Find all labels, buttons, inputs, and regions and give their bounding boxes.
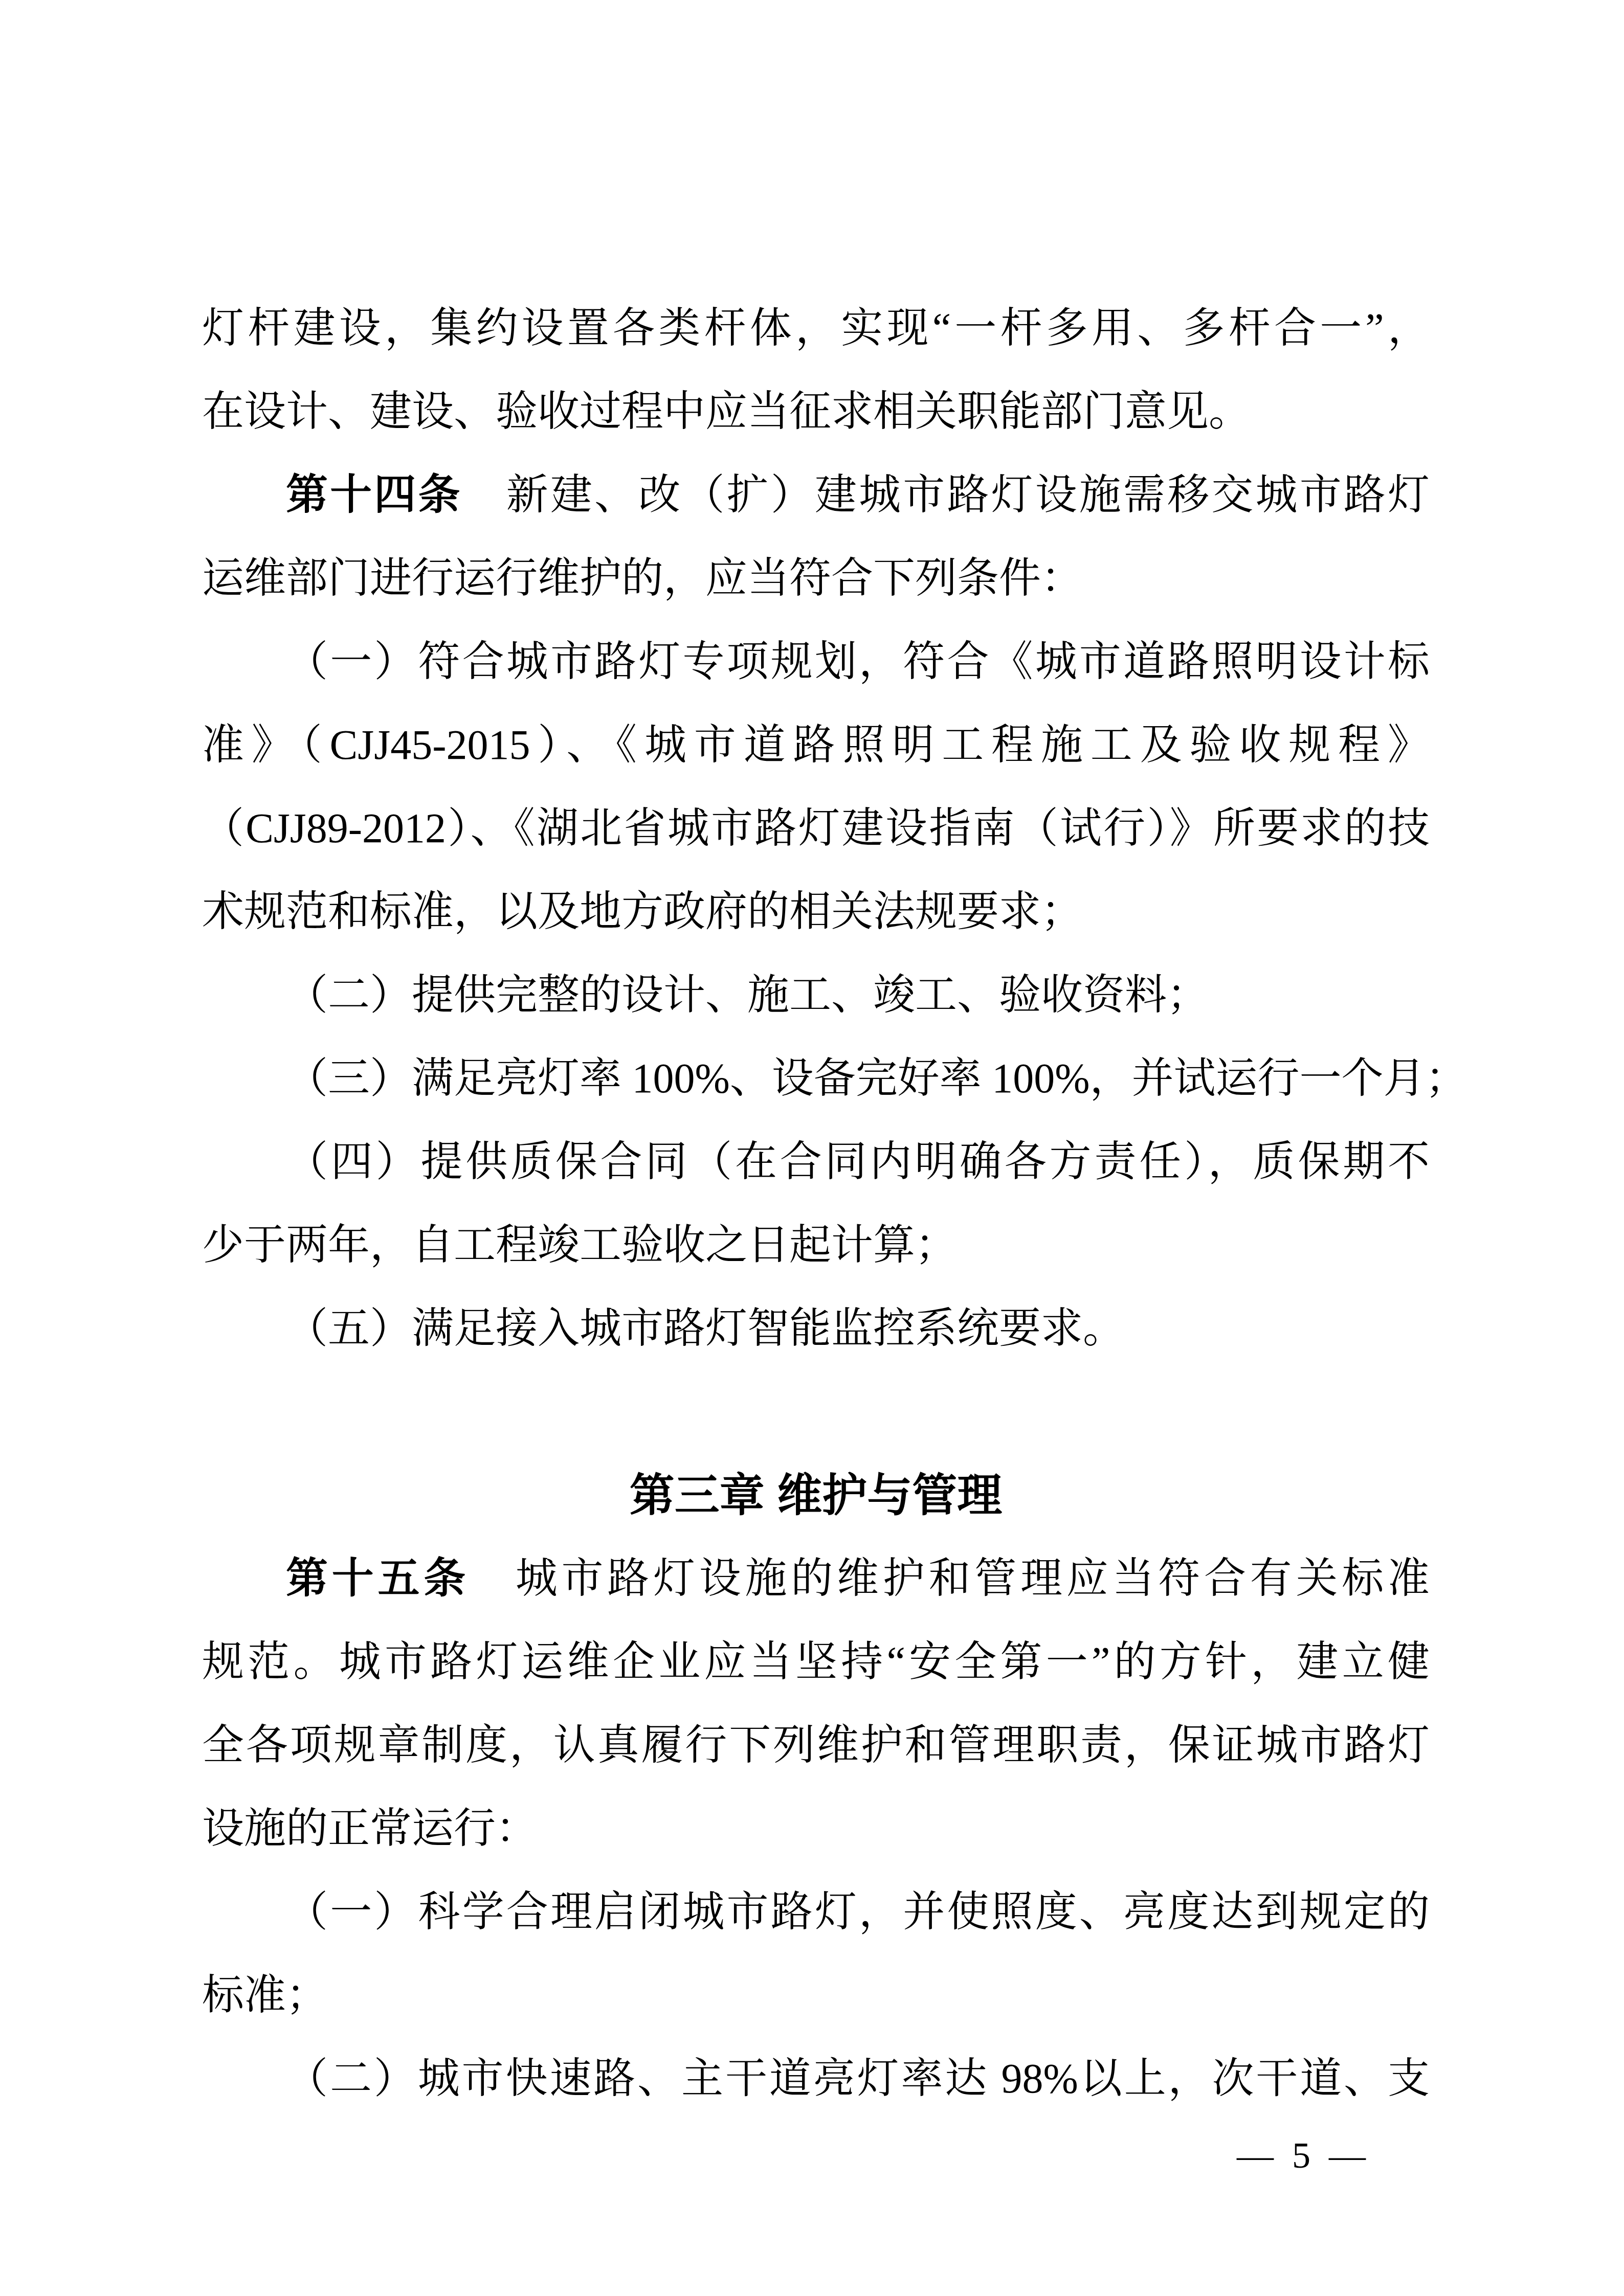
article-15-text: 城市路灯设施的维护和管理应当符合有关标准 [470,1555,1430,1602]
article-15-line: 第十五条 城市路灯设施的维护和管理应当符合有关标准 [202,1537,1430,1620]
article-14-line: 第十四条 新建、改（扩）建城市路灯设施需移交城市路灯 [202,453,1430,536]
body-line: 灯杆建设，集约设置各类杆体，实现“一杆多用、多杆合一”， [202,286,1430,370]
document-page: 灯杆建设，集约设置各类杆体，实现“一杆多用、多杆合一”， 在设计、建设、验收过程… [0,0,1624,2296]
item-3-line: （三）满足亮灯率 100%、设备完好率 100%，并试运行一个月； [202,1037,1430,1120]
item-5-line: （五）满足接入城市路灯智能监控系统要求。 [202,1287,1430,1370]
item-1-line: （CJJ89-2012）、《湖北省城市路灯建设指南（试行）》所要求的技 [202,786,1430,870]
article-14-label: 第十四条 [286,471,462,518]
item-1-line: 准》（CJJ45-2015）、《城市道路照明工程施工及验收规程》 [202,703,1430,786]
body-line: 设施的正常运行： [202,1787,1430,1870]
item-4-line: 少于两年，自工程竣工验收之日起计算； [202,1203,1430,1287]
item-4-line: （四）提供质保合同（在合同内明确各方责任），质保期不 [202,1120,1430,1203]
chapter-heading: 第三章 维护与管理 [202,1453,1430,1537]
body-line: 在设计、建设、验收过程中应当征求相关职能部门意见。 [202,370,1430,453]
item-1-line: 术规范和标准，以及地方政府的相关法规要求； [202,870,1430,953]
blank-line [202,1370,1430,1453]
article-15-label: 第十五条 [286,1555,470,1602]
article-14-text: 新建、改（扩）建城市路灯设施需移交城市路灯 [462,471,1430,518]
item-2-line: （二）提供完整的设计、施工、竣工、验收资料； [202,953,1430,1037]
body-line: 全各项规章制度，认真履行下列维护和管理职责，保证城市路灯 [202,1703,1430,1787]
item15-1-line: （一）科学合理启闭城市路灯，并使照度、亮度达到规定的 [202,1870,1430,1953]
body-line: 规范。城市路灯运维企业应当坚持“安全第一”的方针，建立健 [202,1620,1430,1703]
page-number: — 5 — [1237,2132,1366,2178]
item15-1-line: 标准； [202,1953,1430,2037]
body-line: 运维部门进行运行维护的，应当符合下列条件： [202,536,1430,620]
item15-2-line: （二）城市快速路、主干道亮灯率达 98%以上，次干道、支 [202,2037,1430,2120]
item-1-line: （一）符合城市路灯专项规划，符合《城市道路照明设计标 [202,620,1430,703]
document-body: 灯杆建设，集约设置各类杆体，实现“一杆多用、多杆合一”， 在设计、建设、验收过程… [202,286,1430,2120]
